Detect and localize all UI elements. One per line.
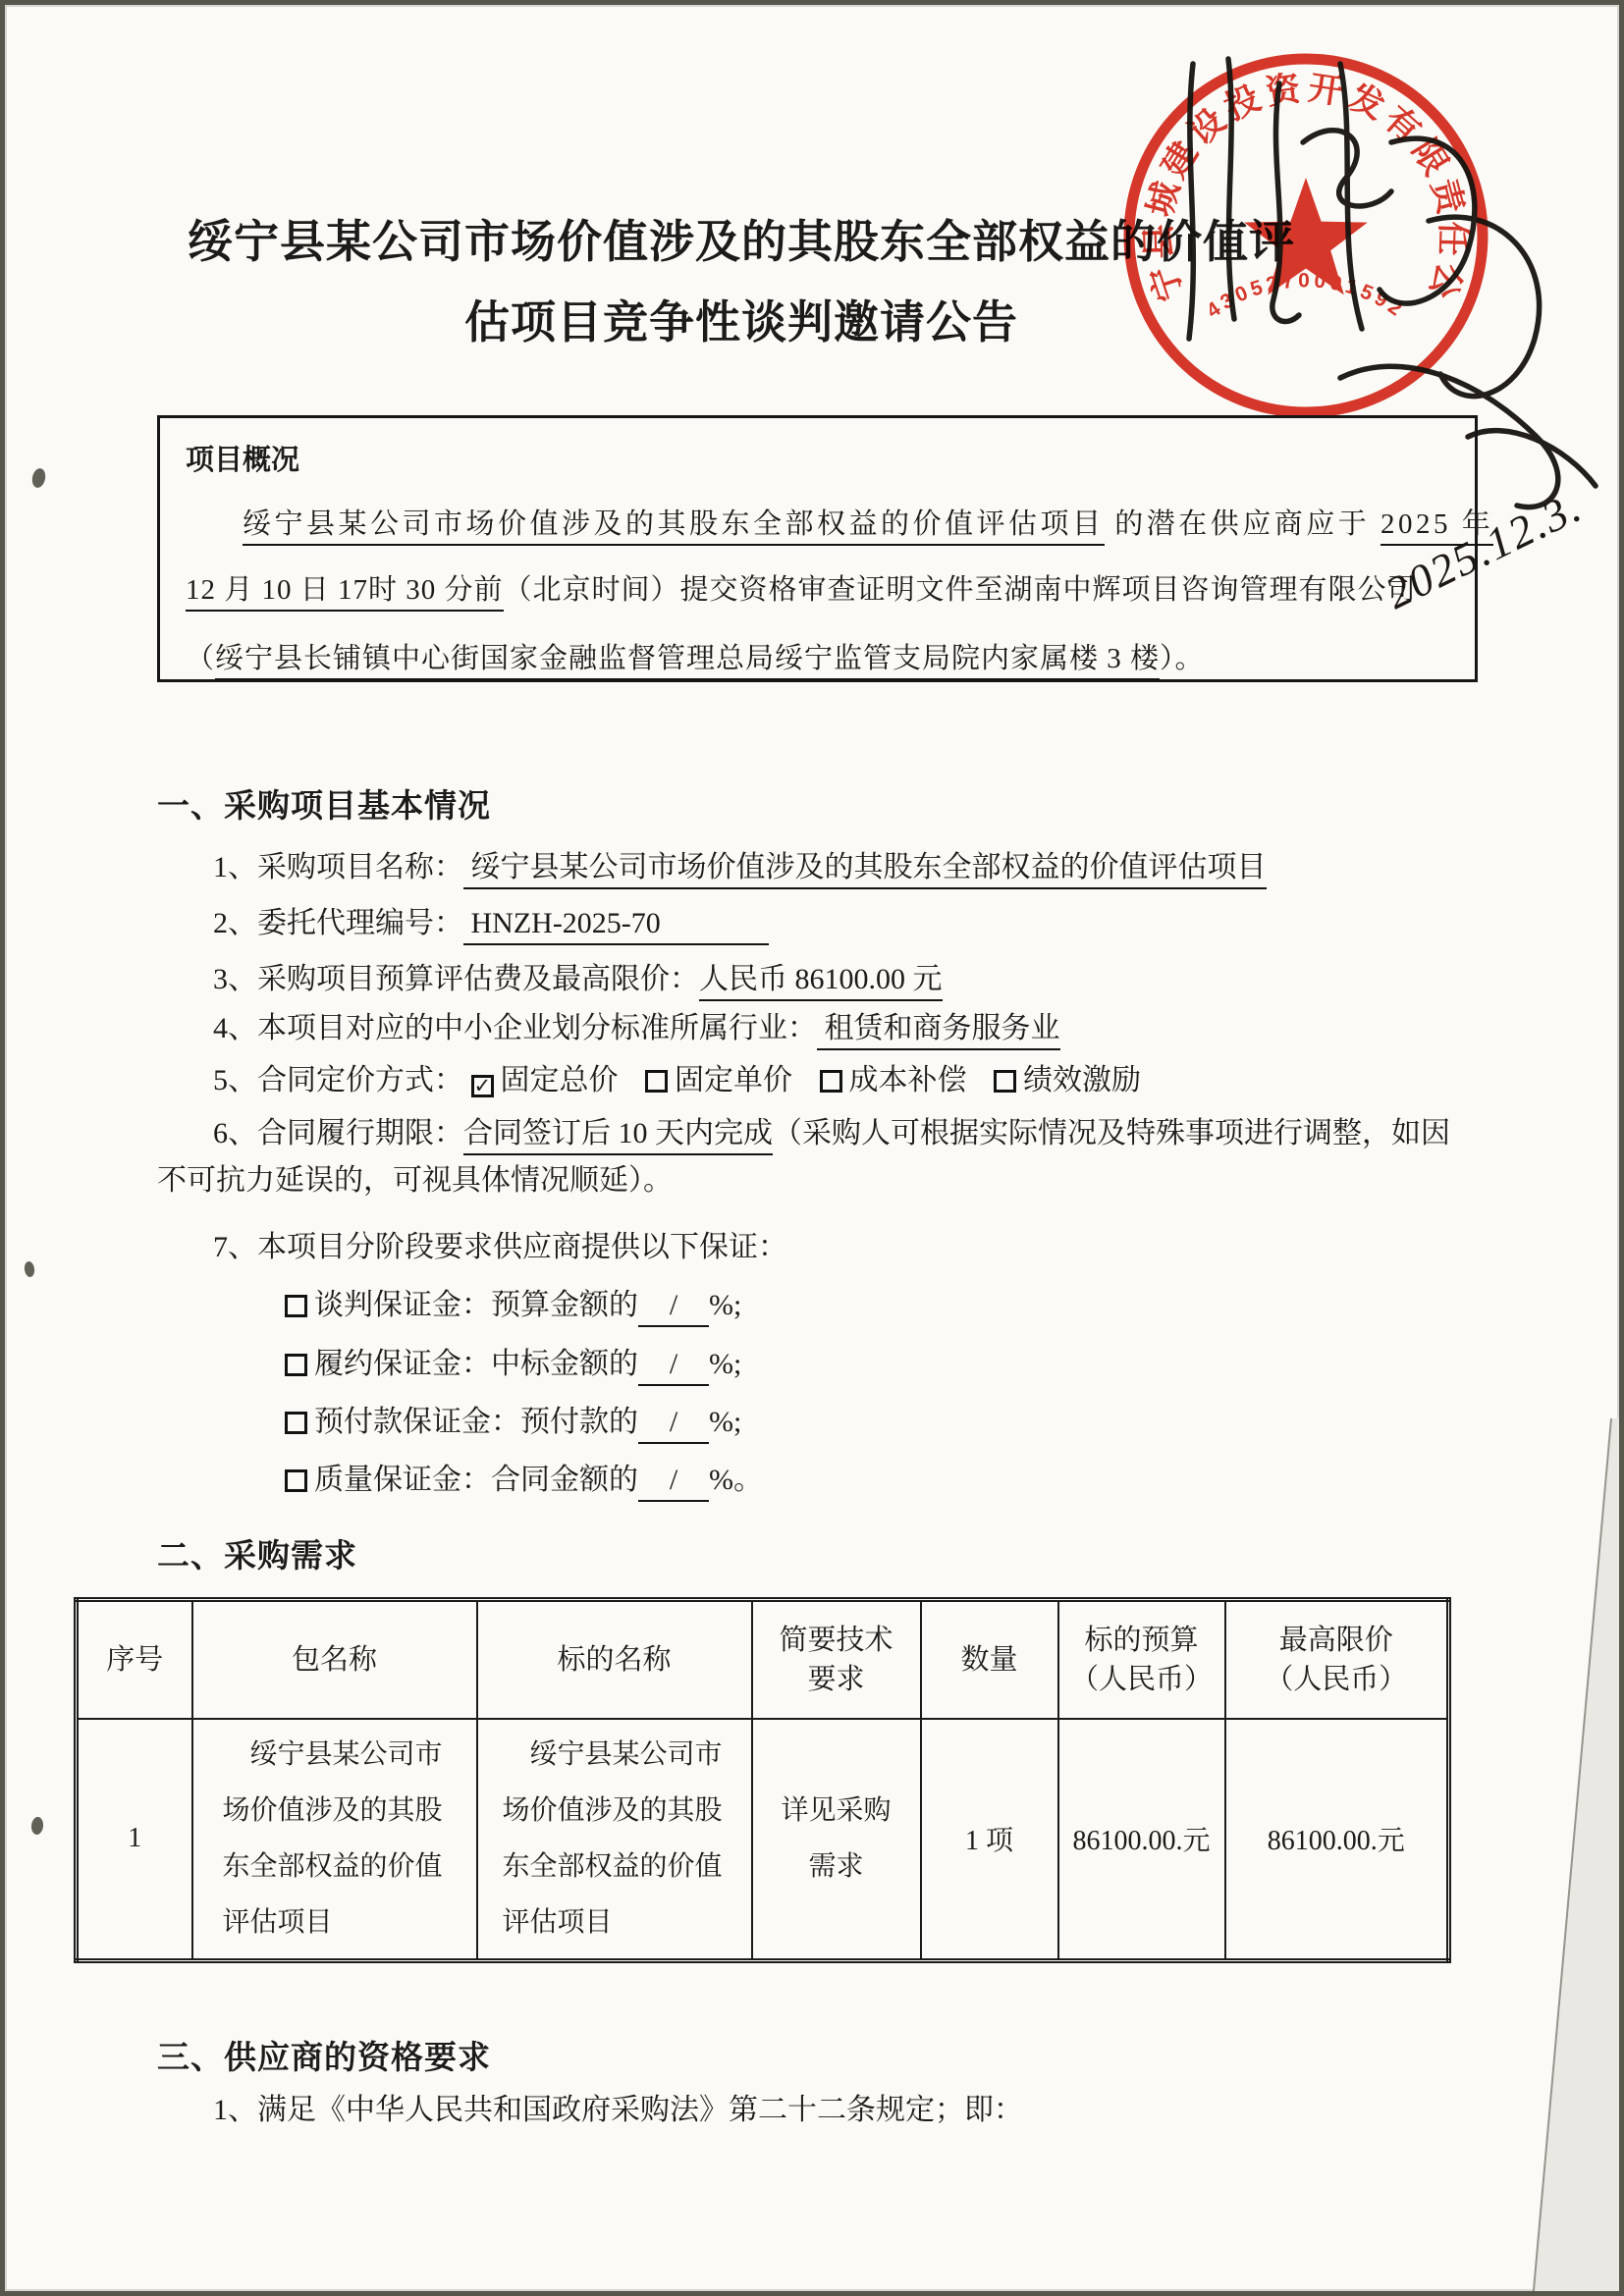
guarantee-suffix: %;: [709, 1406, 741, 1438]
guarantee-suffix: %;: [709, 1348, 741, 1380]
header-text: 标的名称: [478, 1640, 751, 1680]
guarantee-label: 质量保证金：合同金额的: [314, 1464, 638, 1496]
overview-heading: 项目概况: [186, 438, 299, 478]
item-label: 2、委托代理编号：: [213, 907, 463, 939]
section-heading-3: 三、供应商的资格要求: [157, 2040, 491, 2075]
pricing-option: ✓固定总价: [471, 1064, 619, 1096]
cell-tech: 详见采购需求: [752, 1719, 921, 1961]
item-value: 租赁和商务服务业: [817, 1012, 1060, 1050]
header-cell-no: 序号: [77, 1600, 192, 1719]
header-text: （人民币）: [1059, 1660, 1224, 1699]
header-text: 要求: [753, 1660, 920, 1699]
guarantee-blank: /: [638, 1405, 709, 1444]
cell-cap: 86100.00.元: [1225, 1719, 1449, 1961]
guarantee-item-1: 谈判保证金：预算金额的/%;: [285, 1288, 741, 1327]
checkbox-unchecked-icon: [285, 1354, 307, 1376]
item-label: 1、采购项目名称：: [213, 851, 463, 883]
guarantee-label: 履约保证金：中标金额的: [314, 1348, 638, 1380]
table-header-row: 序号 包名称 标的名称 简要技术要求 数量 标的预算（人民币） 最高限价（人民币…: [77, 1600, 1449, 1719]
project-overview-box: 项目概况 绥宁县某公司市场价值涉及的其股东全部权益的价值评估项目 的潜在供应商应…: [157, 415, 1478, 682]
header-text: 数量: [922, 1640, 1057, 1680]
checkbox-unchecked-icon: [285, 1295, 307, 1317]
checkbox-unchecked-icon: [994, 1070, 1016, 1093]
scan-speck: [30, 467, 47, 489]
checkbox-checked-icon: ✓: [471, 1075, 494, 1097]
item-label: 5、合同定价方式：: [213, 1064, 463, 1096]
cell-budget: 86100.00.元: [1058, 1719, 1225, 1961]
item-value: 合同签订后 10 天内完成: [463, 1117, 773, 1155]
option-label: 固定单价: [675, 1064, 792, 1096]
guarantee-suffix: %。: [709, 1464, 763, 1496]
basic-info-item-4: 4、本项目对应的中小企业划分标准所属行业： 租赁和商务服务业: [157, 1011, 1060, 1046]
overview-text: ）。: [1160, 643, 1205, 674]
header-text: 简要技术: [753, 1621, 920, 1660]
guarantee-label: 预付款保证金：预付款的: [314, 1406, 638, 1438]
cell-text: 详见采购需求: [779, 1783, 894, 1895]
scanned-document-page: 绥宁县某公司市场价值涉及的其股东全部权益的价值评 估项目竞争性谈判邀请公告 绥宁…: [0, 0, 1624, 2296]
basic-info-item-3: 3、采购项目预算评估费及最高限价：人民币 86100.00 元: [157, 962, 943, 997]
basic-info-item-7: 7、本项目分阶段要求供应商提供以下保证：: [157, 1230, 787, 1265]
scan-speck: [30, 1816, 44, 1835]
pricing-option: 固定单价: [645, 1064, 792, 1096]
item-label: 6、合同履行期限：: [213, 1117, 463, 1149]
header-cell-package: 包名称: [192, 1600, 477, 1719]
overview-project-name: 绥宁县某公司市场价值涉及的其股东全部权益的价值评估项目: [243, 508, 1105, 546]
guarantee-blank: /: [638, 1347, 709, 1386]
cell-text: 绥宁县某公司市场价值涉及的其股东全部权益的价值评估项目: [503, 1727, 727, 1950]
section-heading-2: 二、采购需求: [157, 1538, 357, 1574]
header-cell-tech: 简要技术要求: [752, 1600, 921, 1719]
table-row: 1 绥宁县某公司市场价值涉及的其股东全部权益的价值评估项目 绥宁县某公司市场价值…: [77, 1719, 1449, 1961]
basic-info-item-6: 6、合同履行期限：合同签订后 10 天内完成（采购人可根据实际情况及特殊事项进行…: [157, 1116, 1450, 1151]
item-value: HNZH-2025-70: [463, 907, 769, 945]
cell-package: 绥宁县某公司市场价值涉及的其股东全部权益的价值评估项目: [192, 1719, 477, 1961]
overview-text: （北京时间）提交资格审查证明文件至湖南中辉项目咨询管理有限公司: [504, 574, 1417, 606]
header-cell-subject: 标的名称: [477, 1600, 752, 1719]
cell-text: 绥宁县某公司市场价值涉及的其股东全部权益的价值评估项目: [223, 1727, 447, 1950]
header-text: 包名称: [193, 1640, 476, 1680]
option-label: 绩效激励: [1023, 1064, 1141, 1096]
overview-paragraph-line-1: 绥宁县某公司市场价值涉及的其股东全部权益的价值评估项目 的潜在供应商应于 202…: [186, 507, 1449, 542]
procurement-table: 序号 包名称 标的名称 简要技术要求 数量 标的预算（人民币） 最高限价（人民币…: [74, 1597, 1451, 1963]
pricing-option: 成本补偿: [820, 1064, 967, 1096]
scan-speck: [24, 1260, 35, 1277]
basic-info-item-6-line-2: 不可抗力延误的，可视具体情况顺延）。: [157, 1163, 673, 1199]
overview-year: 2025 年: [1380, 508, 1493, 546]
option-label: 固定总价: [501, 1064, 619, 1096]
header-cell-cap: 最高限价（人民币）: [1225, 1600, 1449, 1719]
header-cell-qty: 数量: [921, 1600, 1058, 1719]
header-text: （人民币）: [1226, 1660, 1447, 1699]
header-text: 最高限价: [1226, 1621, 1447, 1660]
section-heading-1: 一、采购项目基本情况: [157, 788, 491, 824]
basic-info-item-2: 2、委托代理编号： HNZH-2025-70: [157, 906, 769, 941]
header-text: 标的预算: [1059, 1621, 1224, 1660]
checkbox-unchecked-icon: [820, 1070, 842, 1093]
guarantee-blank: /: [638, 1288, 709, 1327]
header-text: 序号: [79, 1640, 191, 1680]
cell-no: 1: [77, 1719, 192, 1961]
basic-info-item-1: 1、采购项目名称： 绥宁县某公司市场价值涉及的其股东全部权益的价值评估项目: [157, 850, 1267, 885]
overview-deadline: 12 月 10 日 17时 30 分前: [186, 574, 504, 612]
item-value: 绥宁县某公司市场价值涉及的其股东全部权益的价值评估项目: [463, 851, 1267, 889]
overview-paragraph-line-3: （绥宁县长铺镇中心街国家金融监督管理总局绥宁监管支局院内家属楼 3 楼）。: [186, 641, 1449, 676]
paper-edge-shadow: [1501, 1418, 1619, 2296]
guarantee-label: 谈判保证金：预算金额的: [314, 1289, 638, 1321]
checkbox-unchecked-icon: [285, 1469, 307, 1492]
option-label: 成本补偿: [849, 1064, 967, 1096]
overview-text: 的潜在供应商应于: [1105, 508, 1381, 540]
checkbox-unchecked-icon: [285, 1412, 307, 1434]
cell-qty: 1 项: [921, 1719, 1058, 1961]
overview-text: （: [186, 643, 215, 674]
item-value: 人民币 86100.00 元: [699, 963, 943, 1001]
item-text: （采购人可根据实际情况及特殊事项进行调整，如因: [773, 1117, 1450, 1149]
basic-info-item-5: 5、合同定价方式： ✓固定总价 固定单价 成本补偿 绩效激励: [157, 1063, 1161, 1098]
guarantee-blank: /: [638, 1463, 709, 1502]
guarantee-item-4: 质量保证金：合同金额的/%。: [285, 1463, 763, 1502]
guarantee-suffix: %;: [709, 1289, 741, 1321]
overview-address: 绥宁县长铺镇中心街国家金融监督管理总局绥宁监管支局院内家属楼 3 楼: [215, 643, 1160, 680]
pricing-option: 绩效激励: [994, 1064, 1141, 1096]
guarantee-item-3: 预付款保证金：预付款的/%;: [285, 1405, 741, 1444]
qualification-item-1: 1、满足《中华人民共和国政府采购法》第二十二条规定；即：: [157, 2093, 1023, 2128]
guarantee-item-2: 履约保证金：中标金额的/%;: [285, 1347, 741, 1386]
checkbox-unchecked-icon: [645, 1070, 668, 1093]
cell-subject: 绥宁县某公司市场价值涉及的其股东全部权益的价值评估项目: [477, 1719, 752, 1961]
overview-paragraph-line-2: 12 月 10 日 17时 30 分前（北京时间）提交资格审查证明文件至湖南中辉…: [186, 572, 1449, 608]
item-label: 4、本项目对应的中小企业划分标准所属行业：: [213, 1012, 817, 1044]
item-label: 3、采购项目预算评估费及最高限价：: [213, 963, 699, 995]
header-cell-budget: 标的预算（人民币）: [1058, 1600, 1225, 1719]
